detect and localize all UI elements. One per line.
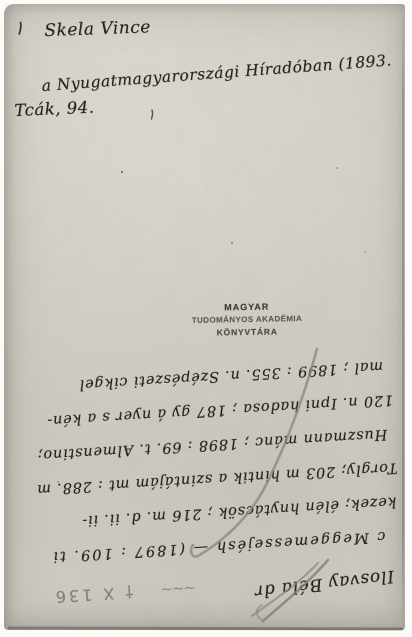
pencil-shelfmark: † X 136	[52, 575, 135, 614]
squiggle-mark: ~~~	[160, 571, 197, 607]
paper-right-edge	[402, 10, 404, 627]
stamp-line-konyvtara: KÖNYVTÁRA	[186, 325, 308, 340]
scanned-card-photo: Skela Vince a Nyugatmagyarországi Híradó…	[0, 0, 412, 637]
library-stamp: MAGYAR TUDOMÁNYOS AKADÉMIA KÖNYVTÁRA	[186, 300, 309, 340]
handwritten-page-ref: Tcák, 94.	[14, 98, 95, 120]
handwritten-author-name: Skela Vince	[44, 17, 151, 41]
upside-down-note: Ilosvay Béla dr ~~~ † X 136 c Meggemesse…	[6, 346, 408, 621]
